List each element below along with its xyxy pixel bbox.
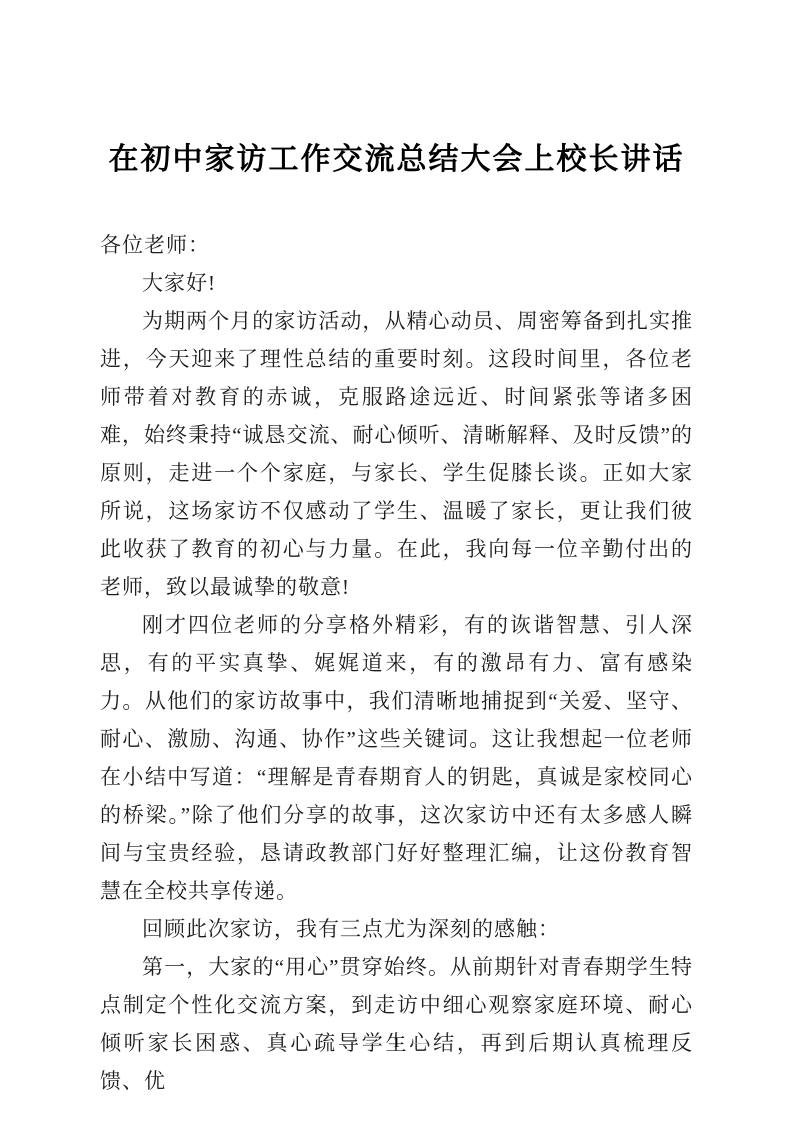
paragraph-hello: 大家好!: [100, 264, 693, 302]
document-page: 在初中家访工作交流总结大会上校长讲话 各位老师： 大家好! 为期两个月的家访活动…: [0, 0, 793, 1122]
footer-left-dash: —: [366, 1035, 381, 1051]
paragraph-three-points-lead: 回顾此次家访，我有三点尤为深刻的感触：: [100, 910, 693, 948]
document-content: 在初中家访工作交流总结大会上校长讲话 各位老师： 大家好! 为期两个月的家访活动…: [100, 140, 693, 1100]
page-number: 1: [393, 1035, 401, 1051]
paragraph-first-point: 第一，大家的“用心”贯穿始终。从前期针对青春期学生特点制定个性化交流方案，到走访…: [100, 948, 693, 1100]
paragraph-greeting: 各位老师：: [100, 226, 693, 264]
paragraph-summary-intro: 为期两个月的家访活动，从精心动员、周密筹备到扎实推进，今天迎来了理性总结的重要时…: [100, 302, 693, 606]
document-title: 在初中家访工作交流总结大会上校长讲话: [100, 140, 693, 180]
paragraph-teacher-sharing: 刚才四位老师的分享格外精彩，有的诙谐智慧、引人深思，有的平实真挚、娓娓道来，有的…: [100, 606, 693, 910]
footer-right-dash: —: [412, 1035, 427, 1051]
page-footer: —1—: [0, 1033, 793, 1053]
